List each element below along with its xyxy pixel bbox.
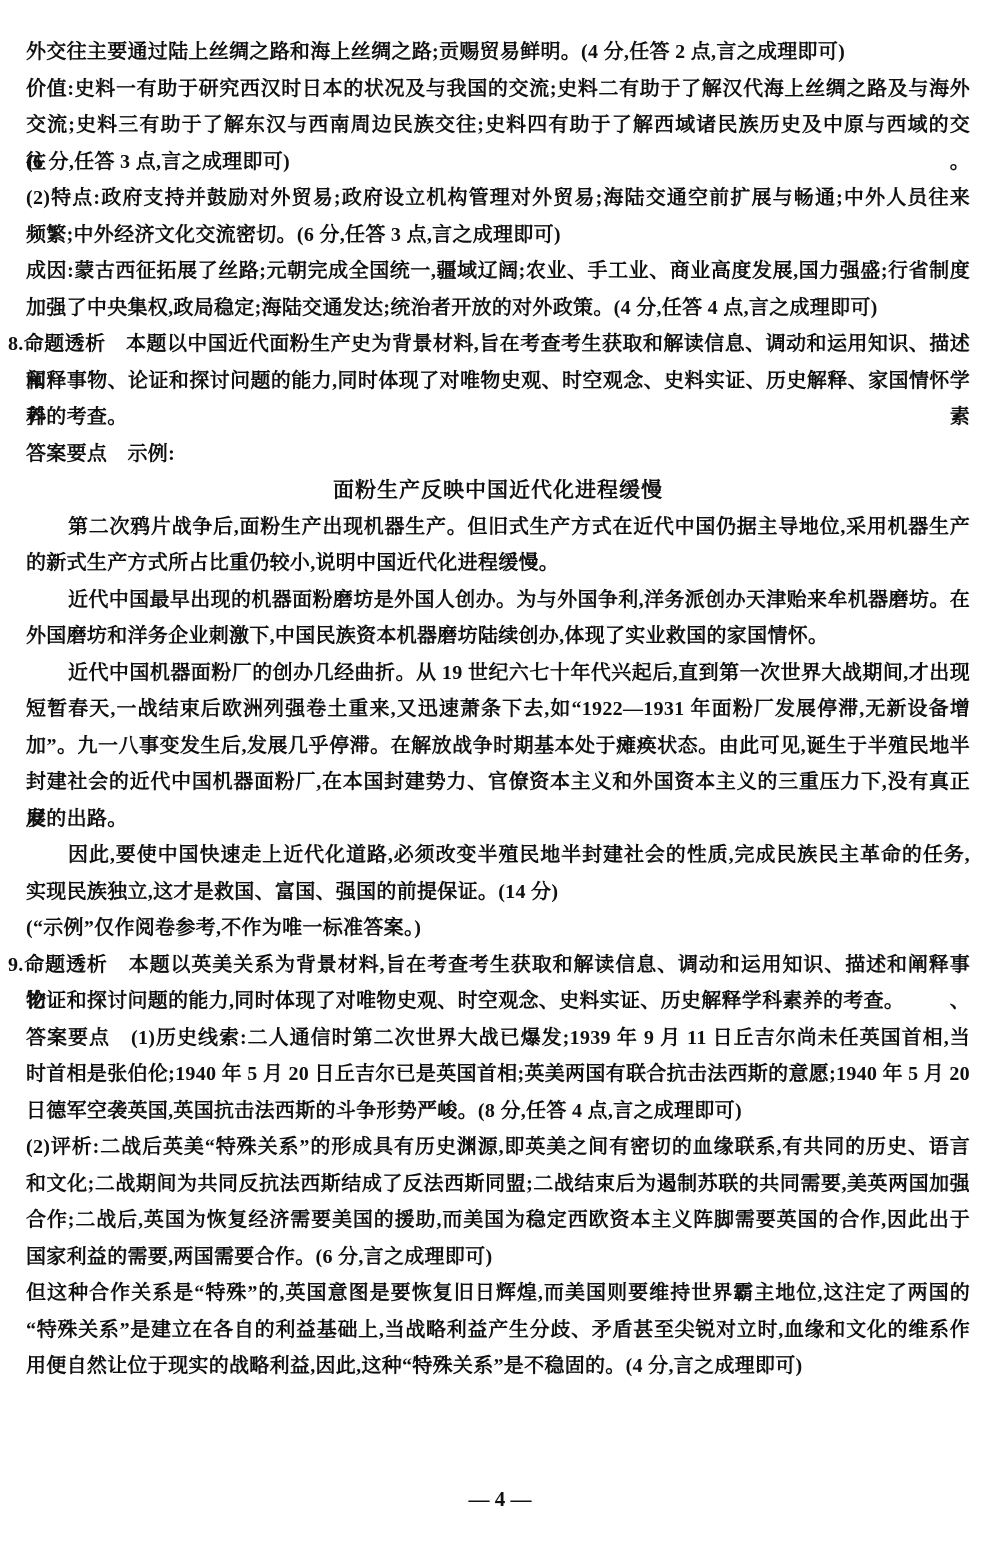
- text-line: 的新式生产方式所占比重仍较小,说明中国近代化进程缓慢。: [26, 545, 970, 582]
- text-lines: 外交往主要通过陆上丝绸之路和海上丝绸之路;贡赐贸易鲜明。(4 分,任答 2 点,…: [26, 34, 970, 1385]
- text-line: (“示例”仅作阅卷参考,不作为唯一标准答案。): [26, 910, 970, 947]
- text-line: 成因:蒙古西征拓展了丝路;元朝完成全国统一,疆域辽阔;农业、手工业、商业高度发展…: [26, 253, 970, 290]
- text-line: 展的出路。: [26, 801, 970, 838]
- text-line: 短暂春天,一战结束后欧洲列强卷土重来,又迅速萧条下去,如“1922—1931 年…: [26, 691, 970, 728]
- text-line: (2)特点:政府支持并鼓励对外贸易;政府设立机构管理对外贸易;海陆交通空前扩展与…: [26, 180, 970, 217]
- text-line: 外交往主要通过陆上丝绸之路和海上丝绸之路;贡赐贸易鲜明。(4 分,任答 2 点,…: [26, 34, 970, 71]
- text-line: 合作;二战后,英国为恢复经济需要美国的援助,而美国为稳定西欧资本主义阵脚需要英国…: [26, 1202, 970, 1239]
- text-line: 近代中国最早出现的机器面粉磨坊是外国人创办。为与外国争利,洋务派创办天津贻来牟机…: [26, 582, 970, 619]
- text-line: 日德军空袭英国,英国抗击法西斯的斗争形势严峻。(8 分,任答 4 点,言之成理即…: [26, 1093, 970, 1130]
- essay-title: 面粉生产反映中国近代化进程缓慢: [26, 472, 970, 509]
- text-line: 用便自然让位于现实的战略利益,因此,这种“特殊关系”是不稳固的。(4 分,言之成…: [26, 1348, 970, 1385]
- text-line: 外国磨坊和洋务企业刺激下,中国民族资本机器磨坊陆续创办,体现了实业救国的家国情怀…: [26, 618, 970, 655]
- text-line: 答案要点 示例:: [26, 436, 970, 473]
- text-line: 第二次鸦片战争后,面粉生产出现机器生产。但旧式生产方式在近代中国仍据主导地位,采…: [26, 509, 970, 546]
- text-line: 实现民族独立,这才是救国、富国、强国的前提保证。(14 分): [26, 874, 970, 911]
- text-line: 加强了中央集权,政局稳定;海陆交通发达;统治者开放的对外政策。(4 分,任答 4…: [26, 290, 970, 327]
- text-line: 9.命题透析 本题以英美关系为背景材料,旨在考查考生获取和解读信息、调动和运用知…: [26, 947, 970, 984]
- text-line: 时首相是张伯伦;1940 年 5 月 20 日丘吉尔已是英国首相;英美两国有联合…: [26, 1056, 970, 1093]
- page-number: — 4 —: [0, 1487, 1000, 1512]
- text-line: 近代中国机器面粉厂的创办几经曲折。从 19 世纪六七十年代兴起后,直到第一次世界…: [26, 655, 970, 692]
- text-line: 国家利益的需要,两国需要合作。(6 分,言之成理即可): [26, 1239, 970, 1276]
- text-line: 价值:史料一有助于研究西汉时日本的状况及与我国的交流;史料二有助于了解汉代海上丝…: [26, 71, 970, 108]
- text-line: 和文化;二战期间为共同反抗法西斯结成了反法西斯同盟;二战结束后为遏制苏联的共同需…: [26, 1166, 970, 1203]
- scanned-exam-answer-page: 外交往主要通过陆上丝绸之路和海上丝绸之路;贡赐贸易鲜明。(4 分,任答 2 点,…: [0, 0, 1000, 1545]
- text-line: 交流;史料三有助于了解东汉与西南周边民族交往;史料四有助于了解西域诸民族历史及中…: [26, 107, 970, 144]
- text-line: 加”。九一八事变发生后,发展几乎停滞。在解放战争时期基本处于瘫痪状态。由此可见,…: [26, 728, 970, 765]
- text-line: 但这种合作关系是“特殊”的,英国意图是要恢复旧日辉煌,而美国则要维持世界霸主地位…: [26, 1275, 970, 1312]
- text-line: “特殊关系”是建立在各自的利益基础上,当战略利益产生分歧、矛盾甚至尖锐对立时,血…: [26, 1312, 970, 1349]
- text-line: (2)评析:二战后英美“特殊关系”的形成具有历史渊源,即英美之间有密切的血缘联系…: [26, 1129, 970, 1166]
- text-line: 8.命题透析 本题以中国近代面粉生产史为背景材料,旨在考查考生获取和解读信息、调…: [26, 326, 970, 363]
- text-line: 答案要点 (1)历史线索:二人通信时第二次世界大战已爆发;1939 年 9 月 …: [26, 1020, 970, 1057]
- text-line: 因此,要使中国快速走上近代化道路,必须改变半殖民地半封建社会的性质,完成民族民主…: [26, 837, 970, 874]
- text-line: 频繁;中外经济文化交流密切。(6 分,任答 3 点,言之成理即可): [26, 217, 970, 254]
- text-line: 论证和探讨问题的能力,同时体现了对唯物史观、时空观念、史料实证、历史解释学科素养…: [26, 983, 970, 1020]
- text-line: 阐释事物、论证和探讨问题的能力,同时体现了对唯物史观、时空观念、史料实证、历史解…: [26, 363, 970, 400]
- text-line: 封建社会的近代中国机器面粉厂,在本国封建势力、官僚资本主义和外国资本主义的三重压…: [26, 764, 970, 801]
